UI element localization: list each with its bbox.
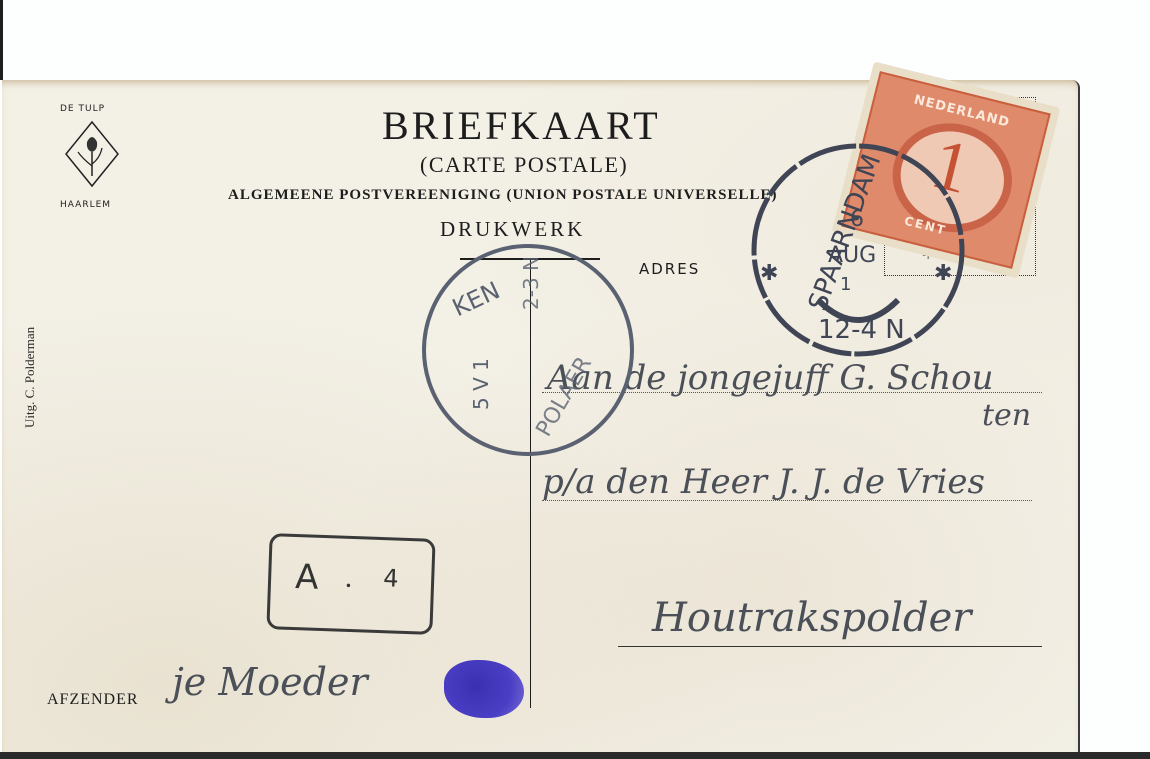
scan-edge-bottom: [0, 752, 1150, 759]
tulip-icon: [62, 114, 122, 194]
handwritten-address-3: p/a den Heer J. J. de Vries: [542, 462, 985, 502]
handwritten-sender: je Moeder: [172, 660, 368, 704]
publisher-credit: Uitg. C. Polderman: [22, 327, 38, 428]
handwritten-address-1: Aan de jongejuff G. Schou: [547, 358, 994, 398]
union-line: ALGEMEENE POSTVEREENIGING (UNION POSTALE…: [228, 187, 777, 204]
boxed-stamp-dot: •: [345, 579, 353, 593]
svg-text:KEN: KEN: [448, 276, 504, 322]
svg-text:✱: ✱: [760, 261, 778, 286]
handwritten-address-4: Houtrakspolder: [652, 595, 971, 641]
address-label: ADRES: [639, 260, 700, 278]
boxed-stamp-number: 4: [383, 564, 399, 593]
stamp-frame: NEDERLAND 1 CENT: [841, 71, 1050, 269]
svg-text:2-3 N: 2-3 N: [519, 256, 543, 310]
svg-text:1: 1: [840, 274, 851, 295]
svg-text:5 V 1: 5 V 1: [469, 358, 493, 410]
publisher-logo: DE TULP HAARLEM: [48, 104, 138, 214]
address-line-3: [618, 646, 1042, 647]
boxed-handstamp: A • 4: [266, 533, 435, 635]
handwritten-address-2: ten: [982, 398, 1031, 433]
divider-vertical: [530, 258, 531, 708]
postcard: DE TULP HAARLEM BRIEFKAART (CARTE POSTAL…: [2, 80, 1080, 752]
svg-text:AUG: AUG: [828, 243, 876, 268]
scan-edge-left: [0, 0, 3, 80]
svg-text:12-4 N: 12-4 N: [818, 315, 905, 345]
sender-label: AFZENDER: [47, 691, 139, 709]
ink-blot: [444, 660, 524, 718]
logo-top-text: DE TULP: [60, 104, 105, 114]
mail-class: DRUKWERK: [440, 217, 585, 242]
boxed-stamp-letter: A: [295, 557, 320, 598]
card-subtitle: (CARTE POSTALE): [420, 152, 628, 178]
postmark-transit: KEN 5 V 1 2-3 N POLAER: [424, 246, 632, 454]
logo-bottom-text: HAARLEM: [60, 200, 111, 210]
card-title: BRIEFKAART: [382, 102, 661, 149]
